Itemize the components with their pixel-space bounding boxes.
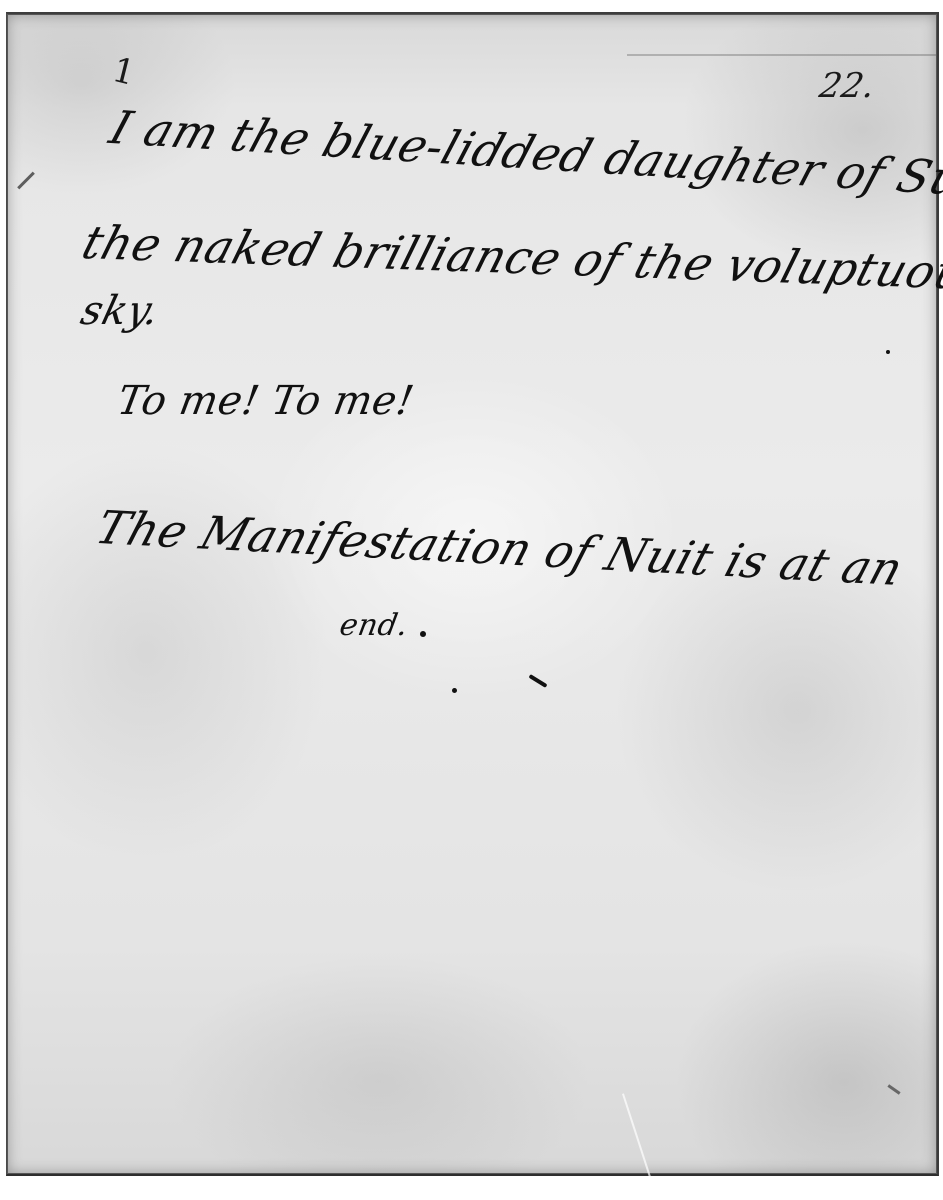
page-number: 22. bbox=[816, 66, 877, 106]
manuscript-line-3: sky. bbox=[76, 288, 164, 334]
ink-dot bbox=[420, 631, 426, 637]
ink-dot bbox=[452, 688, 457, 693]
paper-crease bbox=[622, 1093, 653, 1184]
paper-crease bbox=[627, 54, 937, 56]
ink-dot bbox=[886, 350, 890, 354]
manuscript-line-4: To me! To me! bbox=[114, 378, 417, 424]
margin-mark bbox=[17, 172, 35, 190]
manuscript-line-6: end. bbox=[337, 608, 411, 643]
